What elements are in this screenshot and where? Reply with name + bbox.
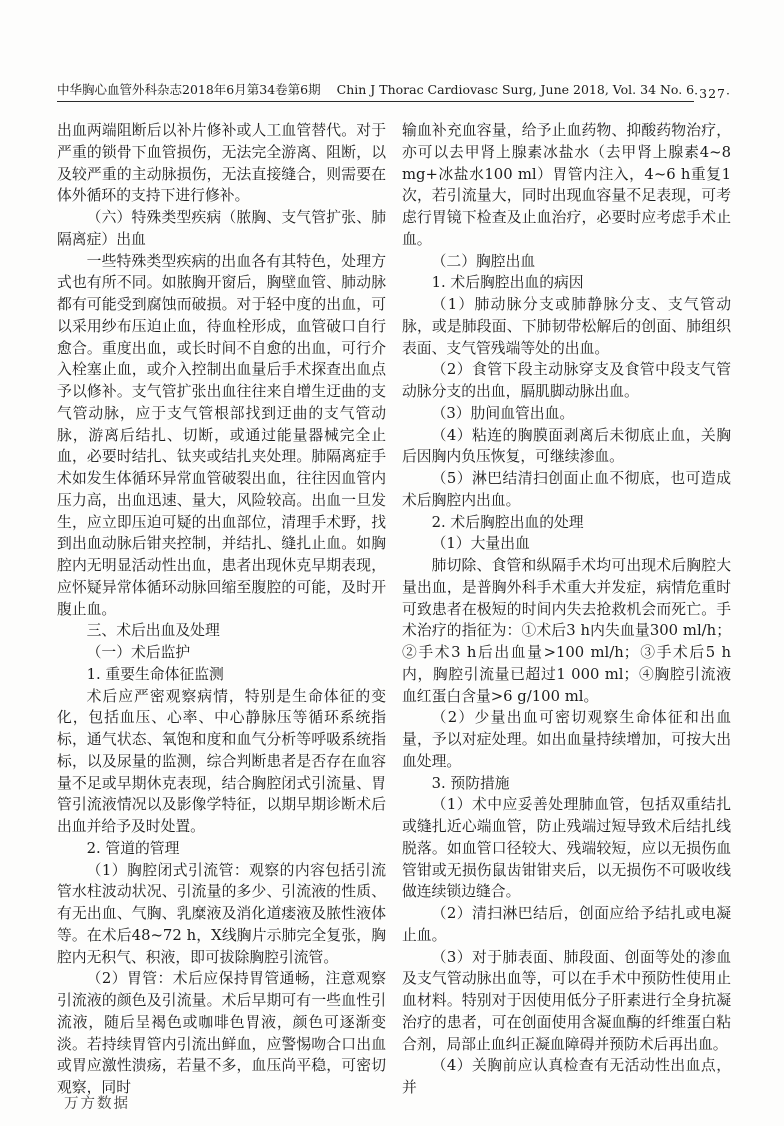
section-heading: 2. 术后胸腔出血的处理 bbox=[402, 512, 731, 534]
paragraph: （1）胸腔闭式引流管：观察的内容包括引流管水柱波动状况、引流量的多少、引流液的性… bbox=[57, 860, 386, 969]
journal-title-cn: 中华胸心血管外科杂志2018年6月第34卷第6期 bbox=[57, 82, 321, 98]
paragraph: （5）淋巴结清扫创面止血不彻底，也可造成术后胸腔内出血。 bbox=[402, 468, 731, 512]
paragraph: （4）粘连的胸膜面剥离后未彻底止血，关胸后因胸内负压恢复，可继续渗血。 bbox=[402, 425, 731, 469]
paragraph: （2）食管下段主动脉穿支及食管中段支气管动脉分支的出血，膈肌脚动脉出血。 bbox=[402, 359, 731, 403]
paragraph: （4）关胸前应认真检查有无活动性出血点，并 bbox=[402, 1055, 731, 1099]
paragraph: 肺切除、食管和纵隔手术均可出现术后胸腔大量出血，是普胸外科手术重大并发症，病情危… bbox=[402, 555, 731, 707]
section-heading: 3. 预防措施 bbox=[402, 773, 731, 795]
section-heading: 三、术后出血及处理 bbox=[57, 620, 386, 642]
paragraph: （3）对于肺表面、肺段面、创面等处的渗血及支气管动脉出血等，可以在手术中预防性使… bbox=[402, 947, 731, 1056]
paragraph: （1）术中应妥善处理肺血管，包括双重结扎或缝扎近心端血管，防止残端过短导致术后结… bbox=[402, 794, 731, 903]
paragraph: （六）特殊类型疾病（脓胸、支气管扩张、肺隔离症）出血 bbox=[57, 207, 386, 251]
paragraph: （2）清扫淋巴结后，创面应给予结扎或电凝止血。 bbox=[402, 903, 731, 947]
section-heading: （二）胸腔出血 bbox=[402, 251, 731, 273]
section-heading: 2. 管道的管理 bbox=[57, 838, 386, 860]
journal-titles: 中华胸心血管外科杂志2018年6月第34卷第6期 Chin J Thorac C… bbox=[57, 82, 694, 102]
section-heading: （一）术后监护 bbox=[57, 642, 386, 664]
paragraph: 术后应严密观察病情，特别是生命体征的变化，包括血压、心率、中心静脉压等循环系统指… bbox=[57, 686, 386, 838]
paragraph: 出血两端阻断后以补片修补或人工血管替代。对于严重的锁骨下血管损伤，无法完全游离、… bbox=[57, 120, 386, 207]
paragraph: （1）肺动脉分支或肺静脉分支、支气管动脉，或是肺段面、下肺韧带松解后的创面、肺组… bbox=[402, 294, 731, 359]
journal-page: 中华胸心血管外科杂志2018年6月第34卷第6期 Chin J Thorac C… bbox=[0, 0, 784, 1126]
article-body: 出血两端阻断后以补片修补或人工血管替代。对于严重的锁骨下血管损伤，无法完全游离、… bbox=[57, 120, 731, 1099]
left-column: 出血两端阻断后以补片修补或人工血管替代。对于严重的锁骨下血管损伤，无法完全游离、… bbox=[57, 120, 386, 1099]
paragraph: 一些特殊类型疾病的出血各有其特色，处理方式也有所不同。如脓胸开窗后，胸壁血管、肺… bbox=[57, 251, 386, 621]
page-number: ·327· bbox=[694, 86, 763, 102]
paragraph: （2）胃管：术后应保持胃管通畅，注意观察引流液的颜色及引流量。术后早期可有一些血… bbox=[57, 968, 386, 1099]
section-heading: 1. 术后胸腔出血的病因 bbox=[402, 272, 731, 294]
section-heading: （1）大量出血 bbox=[402, 533, 731, 555]
section-heading: 1. 重要生命体征监测 bbox=[57, 664, 386, 686]
journal-title-en: Chin J Thorac Cardiovasc Surg, June 2018… bbox=[337, 82, 695, 98]
right-column: 输血补充血容量，给予止血药物、抑酸药物治疗，亦可以去甲肾上腺素冰盐水（去甲肾上腺… bbox=[402, 120, 731, 1099]
paragraph: （3）肋间血管出血。 bbox=[402, 403, 731, 425]
paragraph: 输血补充血容量，给予止血药物、抑酸药物治疗，亦可以去甲肾上腺素冰盐水（去甲肾上腺… bbox=[402, 120, 731, 251]
wanfang-watermark: 万方数据 bbox=[64, 1092, 130, 1113]
running-head: 中华胸心血管外科杂志2018年6月第34卷第6期 Chin J Thorac C… bbox=[57, 82, 734, 102]
paragraph: （2）少量出血可密切观察生命体征和出血量，予以对症处理。如出血量持续增加，可按大… bbox=[402, 707, 731, 772]
